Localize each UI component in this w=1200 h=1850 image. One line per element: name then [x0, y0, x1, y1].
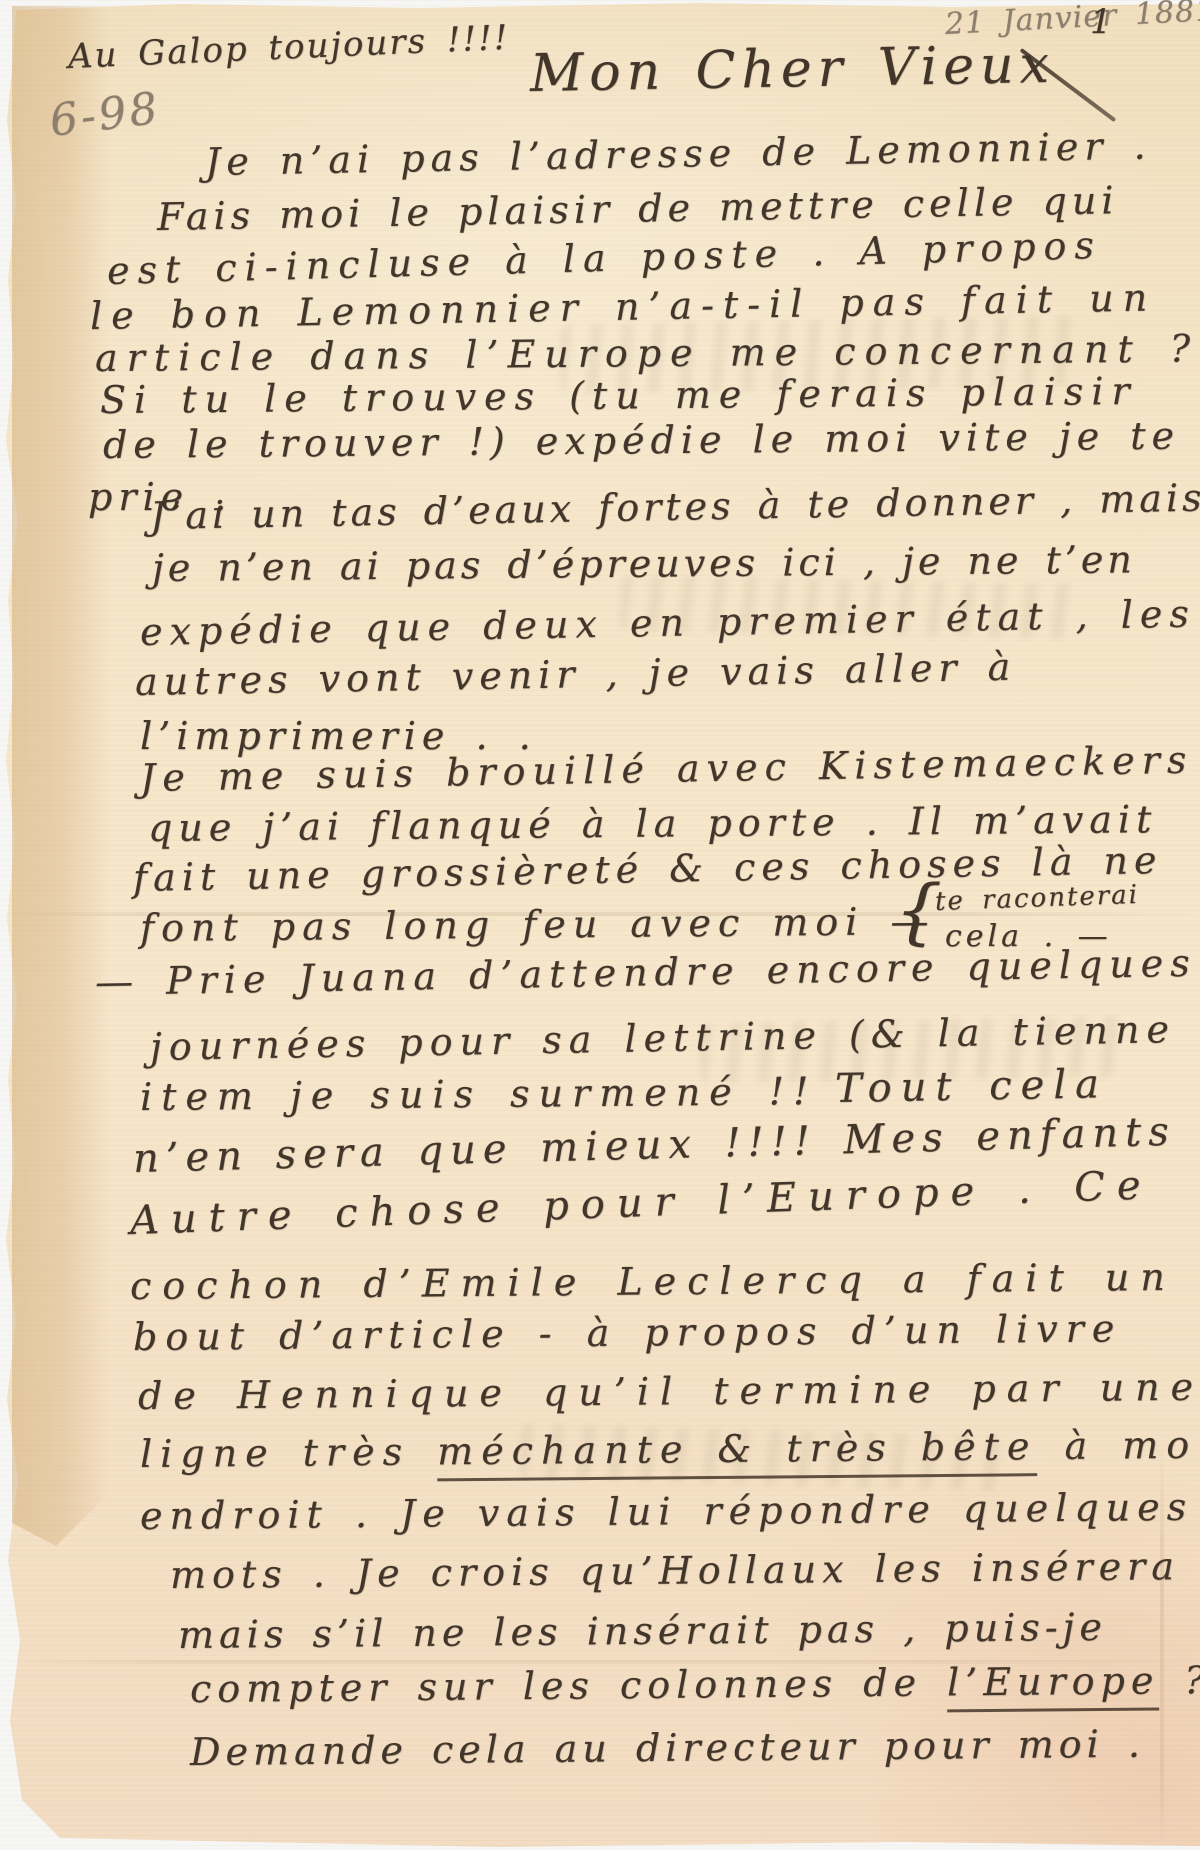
inventory-number: 6-98: [47, 87, 162, 144]
letter-line: Demande cela au directeur pour moi .: [190, 1724, 1145, 1770]
letter-line: ligne très méchante & très bête à mon: [140, 1425, 1200, 1473]
letter-line: bout d’article - à propos d’un livre: [133, 1309, 1123, 1356]
letter-line: de Hennique qu’il termine par une: [138, 1367, 1200, 1414]
letter-line: mots . Je crois qu’Hollaux les insérera: [170, 1547, 1180, 1594]
letter-line: endroit . Je vais lui répondre quelques: [140, 1487, 1193, 1534]
letter-line: Tout cela: [835, 1064, 1109, 1109]
letter-line: mais s’il ne les insérait pas , puis-je: [178, 1608, 1107, 1654]
scanned-letter-page: Au Galop toujours !!!! 21 Janvier 1881 1…: [0, 0, 1200, 1850]
salutation: Mon Cher Vieux: [530, 39, 1056, 100]
letter-line: de le trouver !) expédie le moi vite je …: [103, 416, 1180, 463]
letter-line: l’imprimerie . .: [140, 717, 537, 755]
underlined-phrase: l’Europe: [947, 1658, 1160, 1712]
page-number: 1: [1090, 5, 1112, 39]
letter-line: que j’ai flanqué à la porte . Il m’avait: [148, 800, 1158, 847]
underlined-phrase: méchante & très bête: [437, 1424, 1038, 1481]
letter-line: je n’en ai pas d’épreuves ici , je ne t’…: [152, 540, 1136, 587]
letter-line: cochon d’Emile Leclercq a fait un: [130, 1257, 1176, 1304]
left-edge-tape-repair: [12, 6, 110, 1546]
letter-line: compter sur les colonnes de l’Europe ?: [190, 1661, 1200, 1708]
letter-line: Si tu le trouves (tu me ferais plaisir: [100, 372, 1138, 419]
letter-line: item je suis surmené !!: [140, 1072, 818, 1116]
letter-line: font pas long feu avec moi —: [140, 902, 936, 947]
letter-line: te raconterai: [935, 882, 1140, 915]
